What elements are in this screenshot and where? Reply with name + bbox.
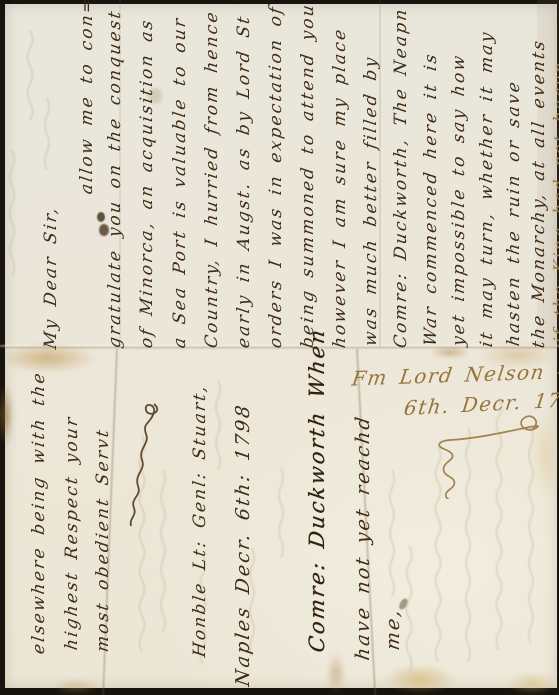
letter-line: of Minorca, an acquisition as	[132, 16, 162, 350]
photo-frame: My Dear Sir, allow me to con= gratulate …	[0, 0, 559, 695]
letter-line: a Sea Port is valuable to our	[165, 15, 195, 351]
letter-line: allow me to con=	[72, 0, 102, 196]
postscript-line: have not yet reachd	[348, 413, 378, 662]
letter-line: being summoned to attend you	[293, 1, 323, 350]
closing-line: highest Respect your	[57, 414, 87, 653]
closing-line: elsewhere being with the	[24, 369, 54, 656]
letter-line: orders I was in expectation of	[261, 3, 291, 350]
address-line: Honble Lt: Genl: Stuart,	[185, 382, 215, 659]
letter-line: Comre: Duckworth, The Neapn	[386, 5, 416, 350]
letter-line: War commenced here it is	[416, 50, 446, 348]
postscript-line: Comre: Duckworth When	[302, 326, 332, 654]
closing-line: most obedient Servt	[88, 426, 118, 654]
letter-line: early in Augst. as by Lord St Vints.	[229, 0, 259, 350]
letter-line: if the King had not begun	[545, 59, 559, 346]
dateline: Naples Decr. 6th: 1798	[228, 401, 258, 688]
letter-line: Country, I hurried from hence	[197, 8, 227, 350]
letter-line: was much better filled by	[356, 54, 386, 349]
letter-line: however I am sure my place	[325, 26, 355, 351]
postscript-line: me,	[378, 606, 408, 652]
letter-line: yet impossible to say how	[444, 52, 474, 349]
letter-line: it may turn, whether it may	[472, 29, 502, 350]
salutation: My Dear Sir,	[36, 204, 66, 351]
letter-line: gratulate you on the conquest	[100, 7, 130, 350]
